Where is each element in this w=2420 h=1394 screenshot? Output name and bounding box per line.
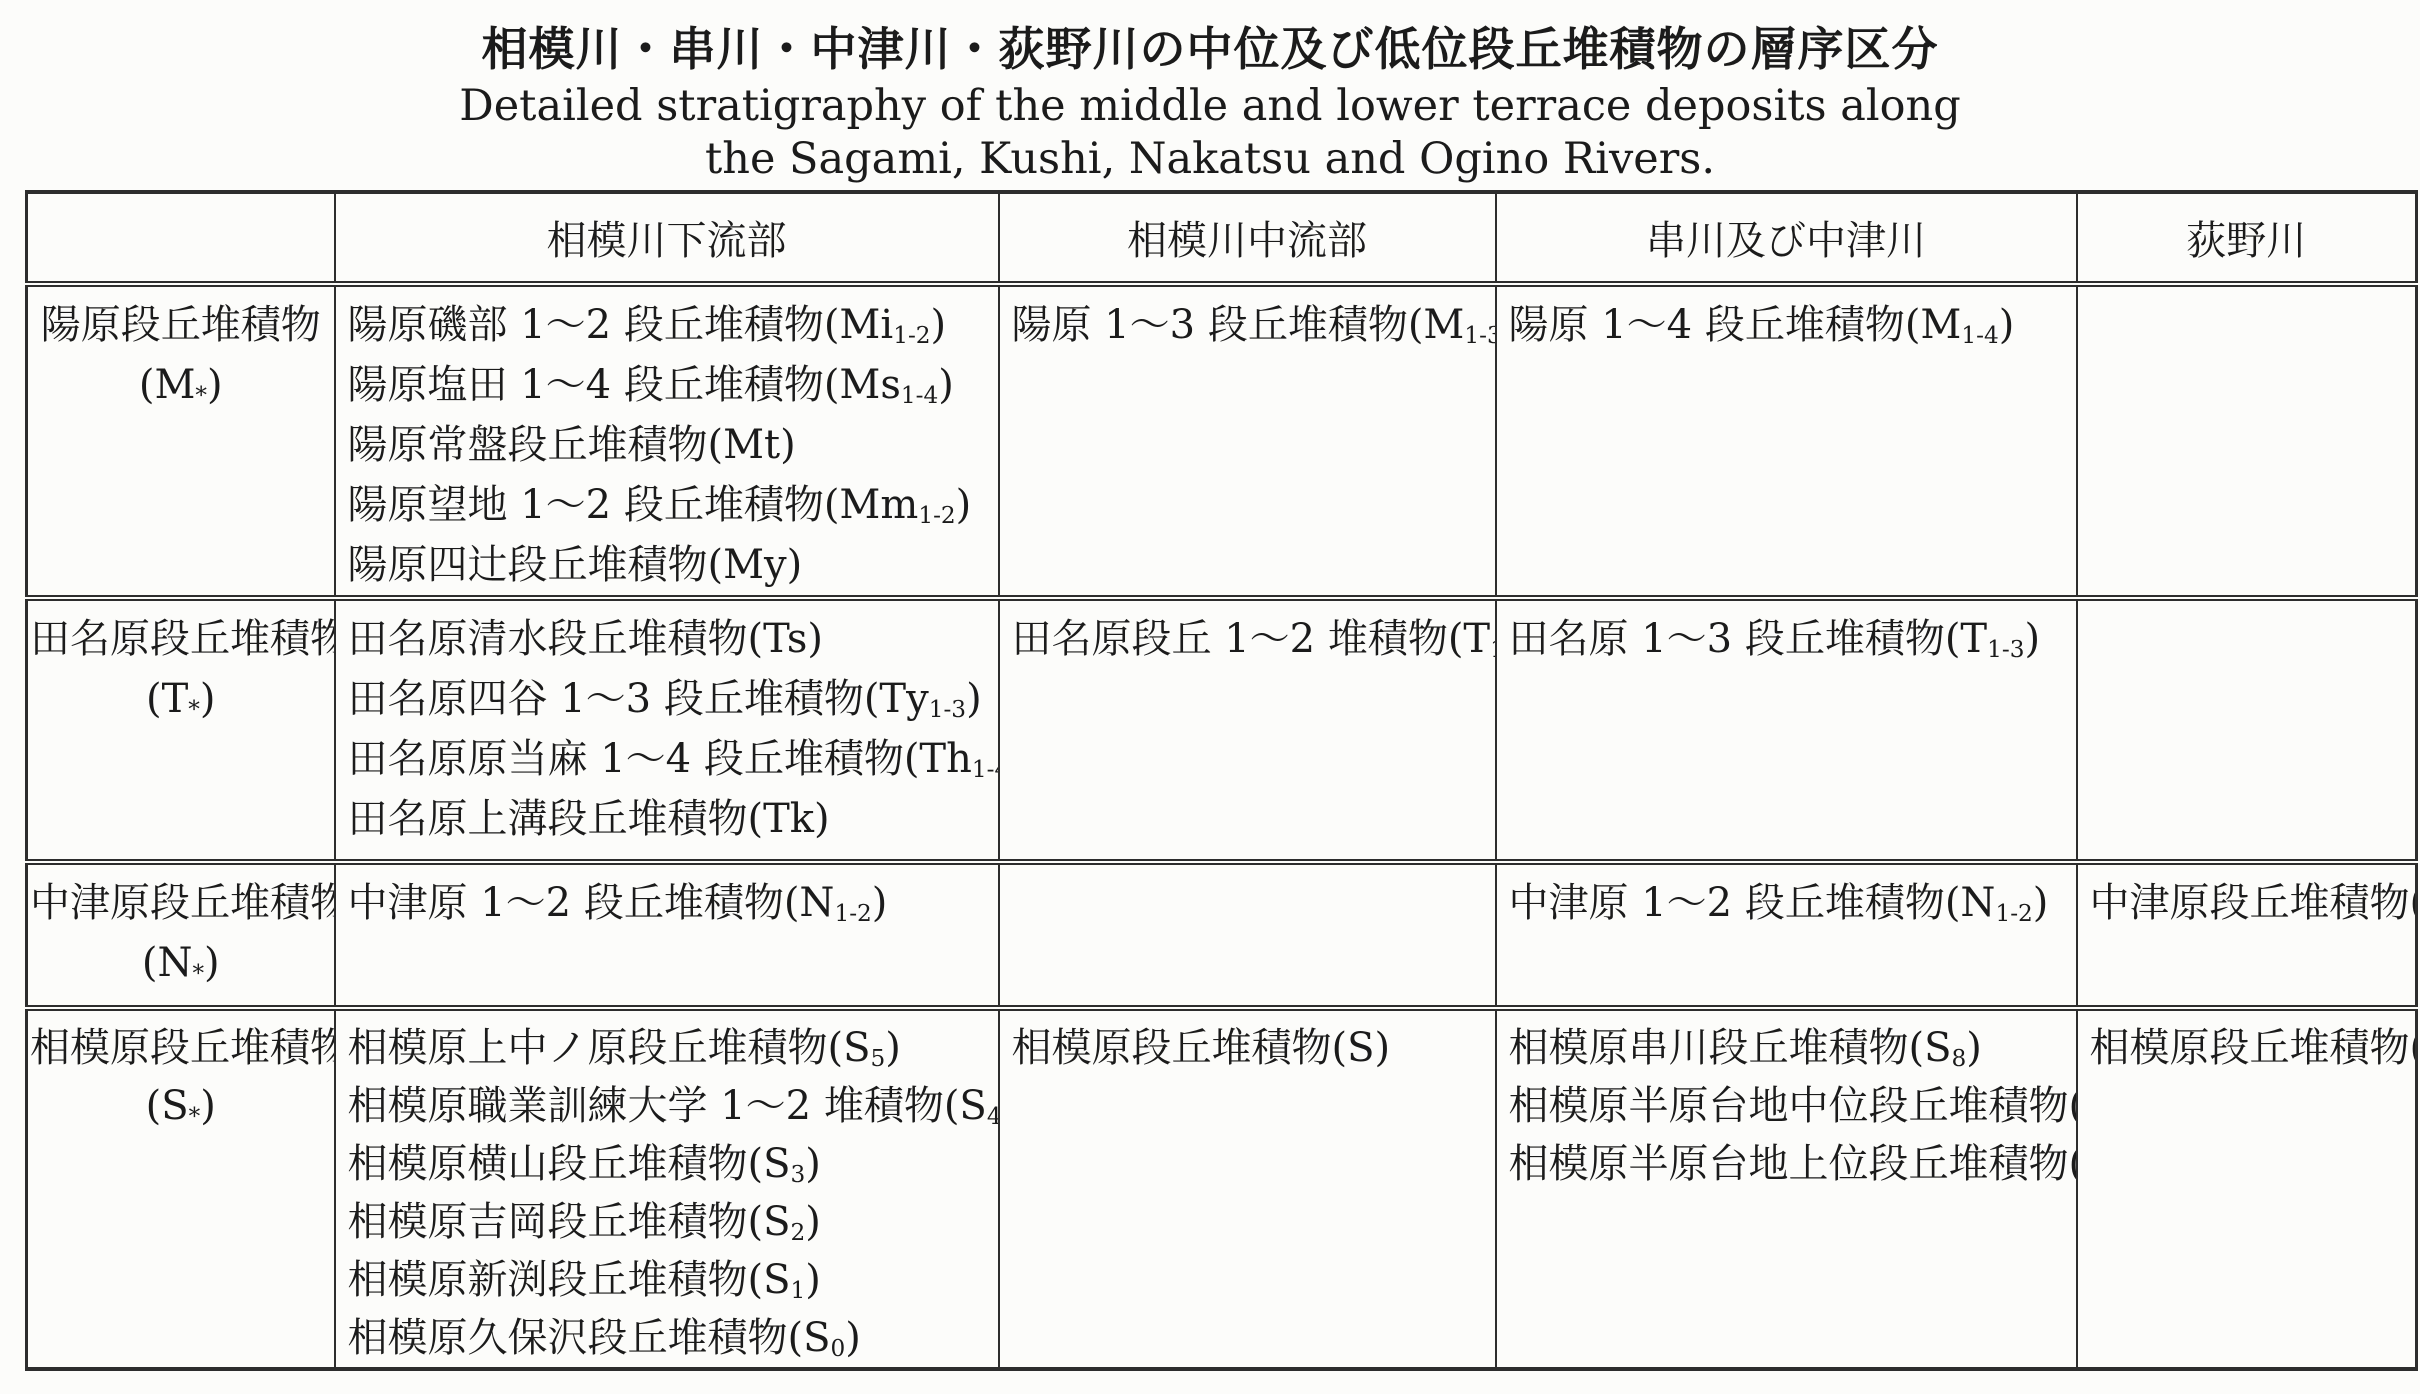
- entry-text: 陽原四辻段丘堆積物(My: [348, 542, 787, 588]
- cell-sagamihara-kushi-nakatsu: 相模原串川段丘堆積物(S8) 相模原半原台地中位段丘堆積物(S7) 相模原半原台…: [1496, 1008, 2077, 1369]
- deposit-entry: 相模原段丘堆積物(S): [2090, 1019, 2410, 1077]
- entry-subscript: 1: [791, 1277, 806, 1304]
- header-sagami-middle: 相模川中流部: [999, 192, 1496, 284]
- entry-text: 田名原清水段丘堆積物(Ts: [348, 616, 808, 662]
- entry-text: 相模原半原台地中位段丘堆積物(S: [1509, 1083, 2077, 1129]
- entry-paren: ): [805, 1257, 821, 1303]
- deposit-entry: 相模原上中ノ原段丘堆積物(S5): [348, 1019, 992, 1077]
- entry-text: 相模原段丘堆積物(S: [2090, 1025, 2417, 1071]
- row-sagamihara: 相模原段丘堆積物 (S*) 相模原上中ノ原段丘堆積物(S5) 相模原職業訓練大学…: [27, 1008, 2417, 1369]
- entry-text: 陽原望地 1～2 段丘堆積物(Mm: [348, 482, 919, 528]
- deposit-entry: 陽原塩田 1～4 段丘堆積物(Ms1-4): [348, 355, 992, 415]
- group-cell-nakatsubara: 中津原段丘堆積物 (N*): [27, 862, 335, 1008]
- entry-text: 相模原久保沢段丘堆積物(S: [348, 1315, 831, 1361]
- header-row: 相模川下流部 相模川中流部 串川及び中津川 荻野川: [27, 192, 2417, 284]
- cell-sagamihara-sagami-lower: 相模原上中ノ原段丘堆積物(S5) 相模原職業訓練大学 1～2 堆積物(S4.1-…: [335, 1008, 999, 1369]
- deposit-entry: 相模原半原台地中位段丘堆積物(S7): [1509, 1077, 2070, 1135]
- deposit-entry: 相模原串川段丘堆積物(S8): [1509, 1019, 2070, 1077]
- cell-tanahara-sagami-middle: 田名原段丘 1～2 堆積物(T1-2): [999, 598, 1496, 862]
- entry-subscript: 8: [1952, 1045, 1967, 1072]
- cell-minahara-sagami-middle: 陽原 1～3 段丘堆積物(M1-3): [999, 284, 1496, 598]
- entry-subscript: 1-3: [1464, 322, 1495, 349]
- entry-subscript: 1-3: [929, 696, 966, 723]
- entry-subscript: 1-4: [1961, 322, 1998, 349]
- entry-text: 陽原 1～4 段丘堆積物(M: [1509, 302, 1962, 348]
- deposit-entry: 田名原段丘 1～2 堆積物(T1-2): [1012, 609, 1489, 669]
- deposit-entry: 相模原横山段丘堆積物(S3): [348, 1135, 992, 1193]
- entry-paren: ): [885, 1025, 901, 1071]
- deposit-entry: 中津原 1～2 段丘堆積物(N1-2): [348, 873, 992, 933]
- entry-paren: ): [938, 362, 954, 408]
- entry-text: (T: [146, 676, 188, 722]
- deposit-entry: 陽原四辻段丘堆積物(My): [348, 535, 992, 595]
- entry-subscript: 5: [871, 1045, 886, 1072]
- entry-text: 田名原 1～3 段丘堆積物(T: [1509, 616, 1988, 662]
- deposit-entry: 陽原磯部 1～2 段丘堆積物(Mi1-2): [348, 295, 992, 355]
- cell-tanahara-sagami-lower: 田名原清水段丘堆積物(Ts) 田名原四谷 1～3 段丘堆積物(Ty1-3) 田名…: [335, 598, 999, 862]
- group-code: (N*): [30, 933, 332, 993]
- cell-minahara-kushi-nakatsu: 陽原 1～4 段丘堆積物(M1-4): [1496, 284, 2077, 598]
- group-cell-tanahara: 田名原段丘堆積物 (T*): [27, 598, 335, 862]
- entry-paren: ): [204, 940, 220, 986]
- deposit-entry: 中津原段丘堆積物(N): [2090, 873, 2410, 933]
- deposit-entry: 陽原 1～4 段丘堆積物(M1-4): [1509, 295, 2070, 355]
- header-empty: [27, 192, 335, 284]
- entry-text: (N: [142, 940, 193, 986]
- caption-english-line-1: Detailed stratigraphy of the middle and …: [0, 80, 2420, 133]
- entry-paren: ): [966, 676, 982, 722]
- entry-subscript: *: [188, 696, 200, 723]
- entry-paren: ): [200, 1083, 216, 1129]
- entry-subscript: 1-2: [918, 502, 955, 529]
- cell-nakatsubara-kushi-nakatsu: 中津原 1～2 段丘堆積物(N1-2): [1496, 862, 2077, 1008]
- entry-paren: ): [845, 1315, 861, 1361]
- group-cell-minahara: 陽原段丘堆積物 (M*): [27, 284, 335, 598]
- entry-paren: ): [207, 362, 223, 408]
- cell-nakatsubara-ogino: 中津原段丘堆積物(N): [2077, 862, 2417, 1008]
- entry-text: 相模原職業訓練大学 1～2 堆積物(S: [348, 1083, 987, 1129]
- entry-subscript: 3: [791, 1161, 806, 1188]
- entry-paren: ): [1999, 302, 2015, 348]
- caption-english-line-2: the Sagami, Kushi, Nakatsu and Ogino Riv…: [0, 133, 2420, 186]
- entry-paren: ): [200, 676, 216, 722]
- entry-text: 相模原串川段丘堆積物(S: [1509, 1025, 1952, 1071]
- entry-text: (M: [139, 362, 196, 408]
- deposit-entry: 田名原四谷 1～3 段丘堆積物(Ty1-3): [348, 669, 992, 729]
- entry-subscript: *: [192, 960, 204, 987]
- entry-subscript: 4.1-2: [987, 1103, 999, 1130]
- deposit-entry: 田名原 1～3 段丘堆積物(T1-3): [1509, 609, 2070, 669]
- cell-sagamihara-ogino: 相模原段丘堆積物(S): [2077, 1008, 2417, 1369]
- cell-minahara-ogino: [2077, 284, 2417, 598]
- deposit-entry: 田名原上溝段丘堆積物(Tk): [348, 789, 992, 849]
- entry-subscript: 0: [831, 1335, 846, 1362]
- deposit-entry: 相模原久保沢段丘堆積物(S0): [348, 1309, 992, 1367]
- row-minahara: 陽原段丘堆積物 (M*) 陽原磯部 1～2 段丘堆積物(Mi1-2) 陽原塩田 …: [27, 284, 2417, 598]
- cell-tanahara-ogino: [2077, 598, 2417, 862]
- entry-paren: ): [2024, 616, 2040, 662]
- entry-text: 相模原吉岡段丘堆積物(S: [348, 1199, 791, 1245]
- entry-text: 田名原上溝段丘堆積物(Tk: [348, 796, 815, 842]
- entry-paren: ): [787, 542, 803, 588]
- entry-text: 田名原段丘 1～2 堆積物(T: [1012, 616, 1491, 662]
- cell-minahara-sagami-lower: 陽原磯部 1～2 段丘堆積物(Mi1-2) 陽原塩田 1～4 段丘堆積物(Ms1…: [335, 284, 999, 598]
- entry-text: 田名原原当麻 1～4 段丘堆積物(Th: [348, 736, 972, 782]
- entry-text: 田名原四谷 1～3 段丘堆積物(Ty: [348, 676, 929, 722]
- table-caption: 相模川・串川・中津川・荻野川の中位及び低位段丘堆積物の層序区分 Detailed…: [0, 18, 2420, 186]
- group-name: 陽原段丘堆積物: [30, 295, 332, 355]
- entry-text: 陽原 1～3 段丘堆積物(M: [1012, 302, 1465, 348]
- entry-subscript: 1-2: [834, 900, 871, 927]
- deposit-entry: 陽原 1～3 段丘堆積物(M1-3): [1012, 295, 1489, 355]
- entry-text: 相模原上中ノ原段丘堆積物(S: [348, 1025, 871, 1071]
- entry-text: 陽原磯部 1～2 段丘堆積物(Mi: [348, 302, 894, 348]
- deposit-entry: 田名原清水段丘堆積物(Ts): [348, 609, 992, 669]
- group-code: (T*): [30, 669, 332, 729]
- entry-paren: ): [1375, 1025, 1391, 1071]
- entry-paren: ): [2033, 880, 2049, 926]
- entry-subscript: 2: [791, 1219, 806, 1246]
- group-cell-sagamihara: 相模原段丘堆積物 (S*): [27, 1008, 335, 1369]
- entry-text: 中津原 1～2 段丘堆積物(N: [1509, 880, 1996, 926]
- deposit-entry: 相模原吉岡段丘堆積物(S2): [348, 1193, 992, 1251]
- entry-text: 陽原塩田 1～4 段丘堆積物(Ms: [348, 362, 901, 408]
- entry-paren: ): [814, 796, 830, 842]
- entry-text: 相模原横山段丘堆積物(S: [348, 1141, 791, 1187]
- row-nakatsubara: 中津原段丘堆積物 (N*) 中津原 1～2 段丘堆積物(N1-2) 中津原 1～…: [27, 862, 2417, 1008]
- group-name: 田名原段丘堆積物: [30, 609, 332, 669]
- entry-text: 相模原半原台地上位段丘堆積物(S: [1509, 1141, 2077, 1187]
- entry-text: 相模原新渕段丘堆積物(S: [348, 1257, 791, 1303]
- group-code: (M*): [30, 355, 332, 415]
- entry-paren: ): [956, 482, 972, 528]
- entry-subscript: *: [195, 382, 207, 409]
- entry-paren: ): [931, 302, 947, 348]
- entry-paren: ): [807, 616, 823, 662]
- entry-subscript: 1-3: [1987, 636, 2024, 663]
- deposit-entry: 相模原段丘堆積物(S): [1012, 1019, 1489, 1077]
- caption-japanese: 相模川・串川・中津川・荻野川の中位及び低位段丘堆積物の層序区分: [0, 18, 2420, 80]
- row-tanahara: 田名原段丘堆積物 (T*) 田名原清水段丘堆積物(Ts) 田名原四谷 1～3 段…: [27, 598, 2417, 862]
- header-sagami-lower: 相模川下流部: [335, 192, 999, 284]
- entry-subscript: 1-2: [893, 322, 930, 349]
- group-code: (S*): [30, 1077, 332, 1135]
- cell-nakatsubara-sagami-lower: 中津原 1～2 段丘堆積物(N1-2): [335, 862, 999, 1008]
- cell-nakatsubara-sagami-middle: [999, 862, 1496, 1008]
- entry-paren: ): [1966, 1025, 1982, 1071]
- entry-subscript: 1-4: [972, 756, 999, 783]
- entry-text: 相模原段丘堆積物(S: [1012, 1025, 1375, 1071]
- entry-subscript: *: [189, 1103, 201, 1130]
- deposit-entry: 相模原半原台地上位段丘堆積物(S6): [1509, 1135, 2070, 1193]
- stratigraphy-table: 相模川下流部 相模川中流部 串川及び中津川 荻野川 陽原段丘堆積物 (M*) 陽…: [25, 190, 2418, 1371]
- entry-paren: ): [805, 1199, 821, 1245]
- entry-text: 陽原常盤段丘堆積物(Mt: [348, 422, 781, 468]
- deposit-entry: 相模原職業訓練大学 1～2 堆積物(S4.1-2): [348, 1077, 992, 1135]
- deposit-entry: 陽原望地 1～2 段丘堆積物(Mm1-2): [348, 475, 992, 535]
- deposit-entry: 田名原原当麻 1～4 段丘堆積物(Th1-4): [348, 729, 992, 789]
- deposit-entry: 中津原 1～2 段丘堆積物(N1-2): [1509, 873, 2070, 933]
- header-kushi-nakatsu: 串川及び中津川: [1496, 192, 2077, 284]
- group-name: 相模原段丘堆積物: [30, 1019, 332, 1077]
- entry-text: 中津原 1～2 段丘堆積物(N: [348, 880, 835, 926]
- cell-sagamihara-sagami-middle: 相模原段丘堆積物(S): [999, 1008, 1496, 1369]
- scanned-paper-page: 相模川・串川・中津川・荻野川の中位及び低位段丘堆積物の層序区分 Detailed…: [0, 0, 2420, 1394]
- deposit-entry: 陽原常盤段丘堆積物(Mt): [348, 415, 992, 475]
- deposit-entry: 相模原新渕段丘堆積物(S1): [348, 1251, 992, 1309]
- entry-text: (S: [146, 1083, 189, 1129]
- entry-paren: ): [872, 880, 888, 926]
- entry-paren: ): [780, 422, 796, 468]
- entry-paren: ): [805, 1141, 821, 1187]
- entry-subscript: 1-4: [901, 382, 938, 409]
- entry-text: 中津原段丘堆積物(N: [2090, 880, 2417, 926]
- cell-tanahara-kushi-nakatsu: 田名原 1～3 段丘堆積物(T1-3): [1496, 598, 2077, 862]
- header-ogino: 荻野川: [2077, 192, 2417, 284]
- entry-subscript: 1-2: [1995, 900, 2032, 927]
- group-name: 中津原段丘堆積物: [30, 873, 332, 933]
